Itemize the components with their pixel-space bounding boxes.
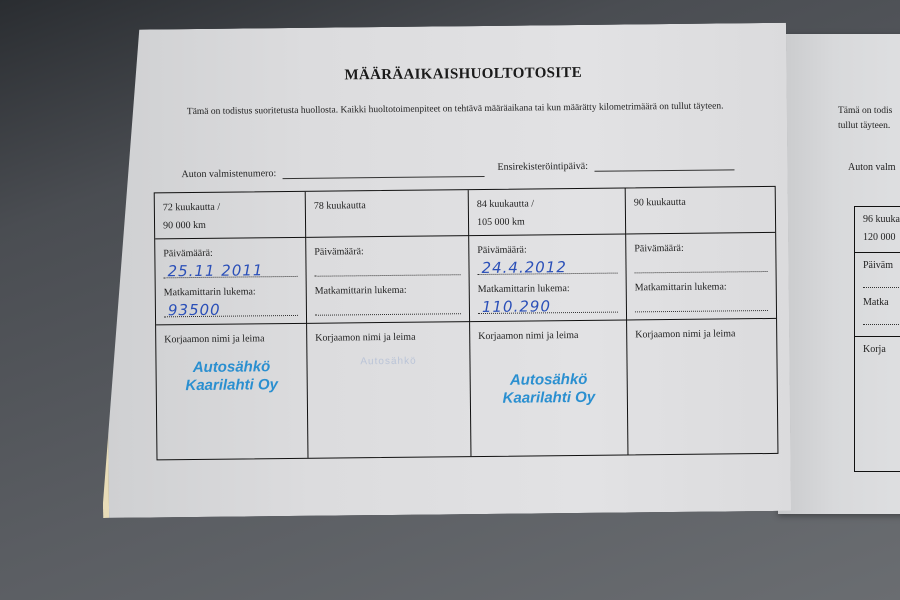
date-input[interactable] [634, 257, 767, 273]
odometer-line [863, 312, 900, 325]
workshop-cell: Korjaamon nimi ja leima Autosähkö Kaaril… [156, 324, 308, 460]
next-page-interval-cell: 96 kuuka 120 000 [855, 207, 900, 253]
handwritten-date: 25.11 2011 [167, 262, 263, 279]
handwritten-date: 24.4.2012 [481, 259, 567, 276]
vin-input[interactable] [282, 175, 484, 179]
interval-cell: 84 kuukautta / 105 000 km [469, 188, 626, 236]
next-page-entry-cell: Päiväm Matka [855, 253, 900, 337]
date-label: Päivämäärä: [477, 241, 617, 260]
workshop-cell: Korjaamon nimi ja leima [627, 319, 777, 455]
date-input[interactable]: 25.11 2011 [163, 262, 297, 278]
service-entry-cell: Päivämäärä: Matkamittarin lukema: [306, 236, 470, 324]
service-entry-cell: Päivämäärä: 24.4.2012 Matkamittarin luke… [469, 234, 627, 322]
date-input[interactable] [314, 260, 460, 277]
date-label: Päivämäärä: [634, 239, 767, 258]
service-record-page: MÄÄRÄAIKAISHUOLTOTOSITE Tämä on todistus… [98, 23, 791, 518]
odometer-input[interactable] [315, 299, 461, 316]
vin-label: Auton valmistenumero: [181, 168, 276, 180]
date-label: Päivämäärä: [314, 242, 460, 262]
service-entry-cell: Päivämäärä: Matkamittarin lukema: [626, 233, 776, 321]
page-title: MÄÄRÄAIKAISHUOLTOTOSITE [344, 65, 582, 84]
workshop-cell: Korjaamon nimi ja leima Autosähkö Kaaril… [470, 320, 628, 456]
odometer-label: Matkamittarin lukema: [164, 283, 298, 302]
odometer-input[interactable]: 110.290 [478, 298, 618, 314]
odometer-label: Matkamittarin lukema: [315, 281, 461, 301]
first-registration-label: Ensirekisteröintipäivä: [497, 161, 588, 173]
handwritten-odometer: 110.290 [482, 298, 551, 315]
service-entry-cell: Päivämäärä: 25.11 2011 Matkamittarin luk… [155, 238, 307, 326]
next-page-intro: Tämä on todis tullut täyteen. [838, 104, 892, 134]
odometer-label: Matkamittarin lukema: [478, 280, 618, 299]
workshop-label: Korjaamon nimi ja leima [164, 330, 298, 349]
intro-text: Tämä on todistus suoritetusta huollosta.… [187, 99, 777, 120]
first-registration-input[interactable] [594, 168, 734, 171]
next-page-workshop-cell: Korja [855, 337, 900, 363]
workshop-cell: Korjaamon nimi ja leima Autosähkö [307, 322, 471, 458]
next-page: Tämä on todis tullut täyteen. Auton valm… [778, 34, 900, 514]
date-line [863, 275, 900, 288]
odometer-input[interactable]: 93500 [164, 301, 298, 317]
workshop-stamp: Autosähkö Kaarilahti Oy [471, 370, 627, 408]
odometer-input[interactable] [635, 296, 768, 312]
workshop-label: Korjaamon nimi ja leima [478, 327, 618, 346]
service-table: 72 kuukautta / 90 000 km 78 kuukautta 84… [154, 186, 779, 460]
odometer-label: Matkamittarin lukema: [635, 278, 768, 297]
next-page-vin-label: Auton valm [848, 162, 896, 173]
interval-cell: 78 kuukautta [306, 190, 469, 238]
faint-stamp-mark: Autosähkö [307, 352, 469, 372]
workshop-label: Korjaamon nimi ja leima [635, 325, 768, 344]
handwritten-odometer: 93500 [168, 302, 221, 319]
date-label: Päivämäärä: [163, 244, 297, 263]
date-input[interactable]: 24.4.2012 [477, 259, 617, 275]
interval-cell: 90 kuukautta [626, 187, 775, 235]
workshop-stamp: Autosähkö Kaarilahti Oy [156, 358, 306, 396]
next-page-service-table: 96 kuuka 120 000 Päiväm Matka Korja [854, 206, 900, 472]
first-registration-field: Ensirekisteröintipäivä: [497, 159, 734, 172]
vin-field: Auton valmistenumero: [181, 166, 484, 180]
workshop-label: Korjaamon nimi ja leima [315, 328, 461, 348]
interval-cell: 72 kuukautta / 90 000 km [155, 192, 306, 240]
